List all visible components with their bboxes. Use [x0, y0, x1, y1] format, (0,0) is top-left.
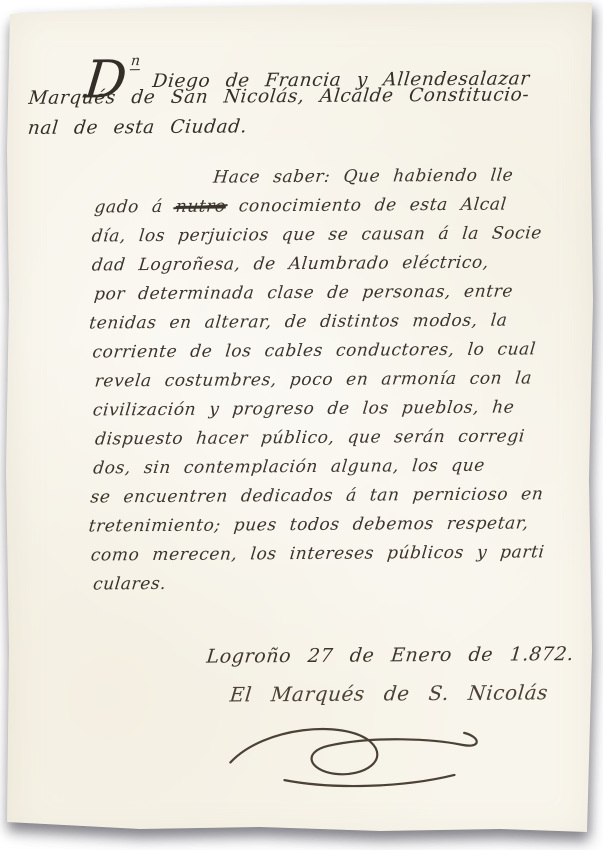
- struck-out-word: nutro: [175, 197, 227, 217]
- scanned-document-page: DnDiego de Francia y Allendesalazar Marq…: [0, 0, 603, 850]
- body-line-1: Hace saber: Que habiendo lle: [212, 166, 514, 188]
- signature-rubric-flourish-icon: [224, 715, 490, 795]
- heading-line-3: nal de esta Ciudad.: [27, 116, 248, 139]
- body-line-8: revela costumbres, poco en armonía con l…: [94, 368, 533, 391]
- date-line: Logroño 27 de Enero de 1.872.: [206, 643, 575, 668]
- body-line-2-suffix: conocimiento de esta Alcal: [225, 195, 508, 217]
- body-line-13: tretenimiento; pues todos debemos respet…: [88, 513, 530, 536]
- body-line-6: tenidas en alterar, de distintos modos, …: [88, 311, 508, 334]
- body-line-12: se encuentren dedicados á tan pernicioso…: [90, 484, 545, 507]
- body-line-2: gado á nutro conocimiento de esta Alcal: [93, 195, 507, 218]
- body-line-14: como merecen, los intereses públicos y p…: [90, 542, 546, 565]
- body-line-7: corriente de los cables conductores, lo …: [92, 339, 537, 362]
- body-line-2-prefix: gado á: [93, 197, 176, 218]
- manuscript-paper-sheet: DnDiego de Francia y Allendesalazar Marq…: [0, 0, 603, 850]
- manuscript-content: DnDiego de Francia y Allendesalazar Marq…: [0, 0, 603, 850]
- initial-superscript: n: [130, 53, 141, 70]
- body-line-10: dispuesto hacer público, que serán corre…: [94, 426, 526, 449]
- body-line-5: por determinada clase de personas, entre: [93, 282, 514, 305]
- body-line-11: dos, sin contemplación alguna, los que: [92, 456, 486, 479]
- body-line-4: dad Logroñesa, de Alumbrado eléctrico,: [91, 253, 490, 276]
- body-line-9: civilización y progreso de los pueblos, …: [92, 398, 515, 421]
- signature-line: El Marqués de S. Nicolás: [229, 680, 550, 706]
- body-line-3: día, los perjuicios que se causan á la S…: [91, 223, 543, 246]
- heading-line-2: Marqués de San Nicolás, Alcalde Constitu…: [28, 84, 531, 109]
- paper-shadow: DnDiego de Francia y Allendesalazar Marq…: [0, 0, 603, 850]
- body-line-15: culares.: [92, 574, 167, 595]
